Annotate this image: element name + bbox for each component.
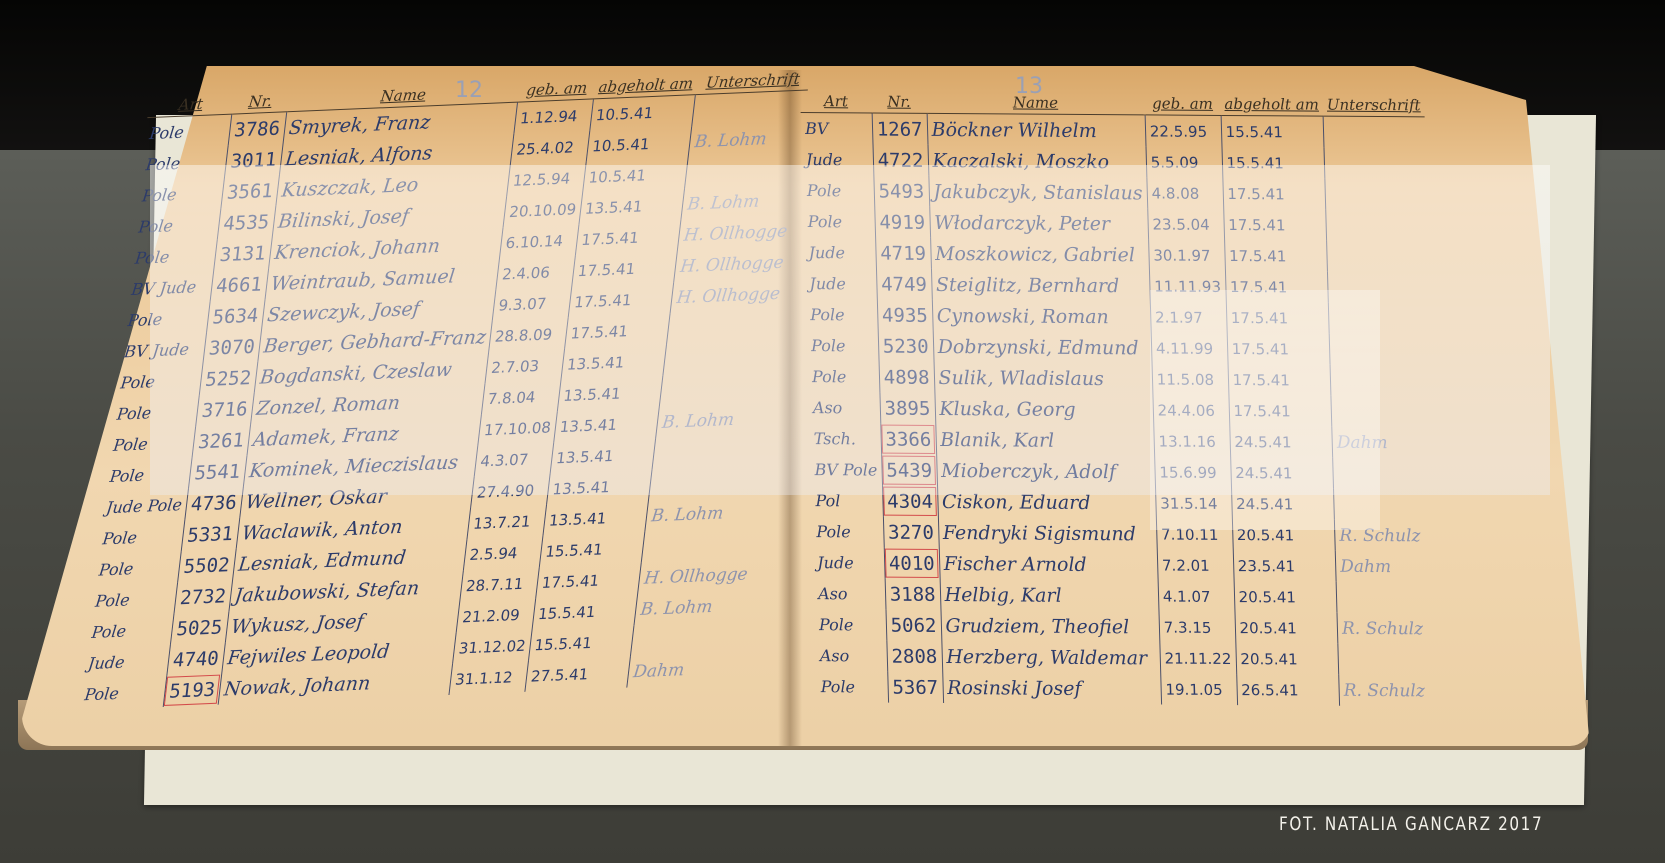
category-cell: Pole — [807, 330, 879, 362]
birth-date-cell: 4.3.07 — [474, 442, 553, 476]
name-cell: Kluska, Georg — [934, 393, 1153, 426]
pickup-date-cell: 17.5.41 — [1222, 178, 1325, 210]
register-row: Pole5367Rosinski Josef19.1.0526.5.41R. S… — [816, 671, 1441, 706]
category-cell: Pole — [93, 551, 181, 586]
category-cell: Aso — [814, 578, 886, 610]
birth-date-cell: 7.2.01 — [1157, 550, 1234, 582]
register-row: Aso3895Kluska, Georg24.4.0617.5.41 — [808, 392, 1433, 427]
birth-date-cell: 17.10.08 — [478, 411, 557, 445]
signature-cell — [1336, 582, 1439, 614]
category-cell: Pole — [140, 146, 228, 181]
pickup-date-cell: 24.5.41 — [1230, 457, 1333, 489]
name-cell: Dobrzynski, Edmund — [933, 331, 1152, 364]
prisoner-number-cell: 5367 — [887, 672, 943, 703]
pickup-date-cell: 24.5.41 — [1231, 488, 1334, 520]
prisoner-number-cell: 4535 — [217, 206, 275, 239]
pickup-date-cell: 26.5.41 — [1236, 674, 1339, 706]
birth-date-cell: 4.11.99 — [1151, 332, 1228, 364]
prisoner-number-cell: 5439 — [881, 455, 937, 486]
signature-cell: Dahm — [1332, 427, 1435, 459]
register-table-right: ArtNr.Namegeb. amabgeholt amUnterschrift… — [800, 90, 1441, 706]
category-cell: Jude Pole — [100, 489, 188, 524]
signature-cell: R. Schulz — [1337, 613, 1440, 645]
pickup-date-cell: 13.5.41 — [546, 469, 652, 504]
register-row: Pole5062Grudziem, Theofiel7.3.1520.5.41R… — [815, 609, 1440, 644]
prisoner-number-cell: 3261 — [192, 424, 250, 457]
prisoner-number-cell: 4740 — [167, 642, 225, 675]
register-row: Pole5493Jakubczyk, Stanislaus4.8.0817.5.… — [802, 175, 1427, 210]
category-cell: Pole — [86, 613, 174, 648]
birth-date-cell: 2.7.03 — [485, 349, 564, 383]
pickup-date-cell: 15.5.41 — [1222, 147, 1325, 179]
birth-date-cell: 13.7.21 — [467, 505, 546, 539]
signature-cell: R. Schulz — [1339, 675, 1442, 707]
signature-cell: B. Lohm — [645, 496, 760, 532]
category-cell: Jude — [813, 547, 885, 579]
signature-cell — [667, 309, 782, 345]
register-row: Jude4010Fischer Arnold7.2.0123.5.41Dahm — [813, 547, 1438, 582]
pickup-date-cell: 17.5.41 — [1225, 271, 1328, 303]
category-cell: Pole — [104, 458, 192, 493]
signature-cell — [1333, 458, 1436, 490]
name-cell: Ciskon, Eduard — [937, 486, 1156, 519]
pickup-date-cell: 13.5.41 — [550, 438, 656, 473]
signature-cell: R. Schulz — [1334, 520, 1437, 552]
prisoner-number-cell: 5252 — [199, 362, 257, 395]
pickup-date-cell: 15.5.41 — [528, 625, 634, 660]
category-cell: BV — [801, 113, 873, 145]
birth-date-cell: 11.5.08 — [1152, 363, 1229, 395]
pickup-date-cell: 17.5.41 — [1229, 395, 1332, 427]
birth-date-cell: 30.1.97 — [1148, 239, 1225, 271]
category-cell: Tsch. — [809, 423, 881, 455]
category-cell: Pole — [111, 395, 199, 430]
pickup-date-cell: 13.5.41 — [557, 376, 663, 411]
birth-date-cell: 11.11.93 — [1149, 270, 1226, 302]
category-cell: Pole — [97, 520, 185, 555]
prisoner-number-cell: 5634 — [206, 299, 264, 332]
signature-cell — [660, 371, 775, 407]
signature-cell: H. Ollhogge — [674, 246, 789, 282]
register-row: BV1267Böckner Wilhelm22.5.9515.5.41 — [801, 113, 1426, 149]
column-header: abgeholt am — [1220, 93, 1323, 116]
register-row: Jude4749Steiglitz, Bernhard11.11.9317.5.… — [805, 268, 1430, 303]
category-cell: Aso — [815, 640, 887, 672]
birth-date-cell: 25.4.02 — [510, 131, 589, 165]
prisoner-number-cell: 3070 — [203, 331, 261, 364]
category-cell: Pole — [144, 114, 232, 149]
signature-cell — [642, 527, 757, 563]
name-cell: Grudziem, Theofiel — [940, 610, 1159, 643]
pickup-date-cell: 20.5.41 — [1232, 519, 1335, 551]
category-cell: Pole — [90, 582, 178, 617]
prisoner-number-cell: 5502 — [177, 549, 235, 582]
category-cell: Pole — [79, 676, 167, 711]
signature-cell — [663, 340, 778, 376]
name-cell: Sulik, Wladislaus — [934, 362, 1153, 395]
signature-cell: Dahm — [1335, 551, 1438, 583]
prisoner-number-cell: 3716 — [196, 393, 254, 426]
category-cell: BV Jude — [126, 270, 214, 305]
prisoner-number-cell: 3011 — [224, 143, 282, 176]
signature-cell — [1327, 241, 1430, 273]
birth-date-cell: 7.3.15 — [1159, 612, 1236, 644]
column-header: Nr. — [871, 90, 926, 113]
birth-date-cell: 4.8.08 — [1147, 177, 1224, 209]
category-cell: Jude — [802, 144, 874, 176]
pickup-date-cell: 10.5.41 — [590, 95, 696, 131]
register-row: Aso3188Helbig, Karl4.1.0720.5.41 — [814, 578, 1439, 613]
category-cell: Pole — [129, 239, 217, 274]
prisoner-number-cell: 4010 — [884, 548, 940, 579]
prisoner-number-cell: 4722 — [873, 145, 929, 176]
birth-date-cell: 31.12.02 — [453, 629, 532, 663]
category-cell: Pole — [108, 426, 196, 461]
name-cell: Böckner Wilhelm — [927, 113, 1146, 146]
prisoner-number-cell: 3366 — [881, 424, 937, 455]
pickup-date-cell: 17.5.41 — [1223, 209, 1326, 241]
category-cell: BV Jude — [118, 333, 206, 368]
prisoner-number-cell: 5062 — [886, 610, 942, 641]
birth-date-cell: 7.10.11 — [1156, 518, 1233, 550]
birth-date-cell: 28.8.09 — [489, 318, 568, 352]
category-cell: BV Pole — [810, 454, 882, 486]
birth-date-cell: 5.5.09 — [1146, 146, 1223, 178]
column-header: geb. am — [518, 76, 596, 102]
pickup-date-cell: 20.5.41 — [1234, 581, 1337, 613]
birth-date-cell: 23.5.04 — [1148, 208, 1225, 240]
column-header: geb. am — [1144, 92, 1220, 115]
name-cell: Mioberczyk, Adolf — [936, 455, 1155, 488]
prisoner-number-cell: 4935 — [877, 300, 933, 331]
register-row: Aso2808Herzberg, Waldemar21.11.2220.5.41 — [815, 640, 1440, 675]
prisoner-number-cell: 3188 — [885, 579, 941, 610]
prisoner-number-cell: 3895 — [880, 393, 936, 424]
register-row: Pole4898Sulik, Wladislaus11.5.0817.5.41 — [808, 361, 1433, 396]
birth-date-cell: 28.7.11 — [460, 567, 539, 601]
prisoner-number-cell: 5230 — [878, 331, 934, 362]
name-cell: Jakubczyk, Stanislaus — [928, 176, 1147, 209]
signature-cell — [1326, 210, 1429, 242]
signature-cell — [1325, 179, 1428, 211]
birth-date-cell: 19.1.05 — [1161, 674, 1238, 706]
signature-cell: B. Lohm — [656, 402, 771, 438]
pickup-date-cell: 13.5.41 — [543, 500, 649, 535]
category-cell: Pole — [115, 364, 203, 399]
category-cell: Pole — [137, 177, 225, 212]
pickup-date-cell: 10.5.41 — [582, 158, 688, 193]
signature-cell: B. Lohm — [634, 589, 749, 625]
register-row: Pole4935Cynowski, Roman2.1.9717.5.41 — [806, 299, 1431, 334]
signature-cell — [1329, 334, 1432, 366]
pickup-date-cell: 15.5.41 — [539, 532, 645, 567]
name-cell: Helbig, Karl — [940, 579, 1159, 612]
category-cell: Pole — [815, 609, 887, 641]
prisoner-number-cell: 4736 — [185, 486, 243, 519]
birth-date-cell: 6.10.14 — [500, 224, 579, 258]
category-cell: Jude — [82, 645, 170, 680]
signature-cell: B. Lohm — [688, 122, 803, 158]
signature-cell — [685, 153, 800, 189]
pickup-date-cell: 24.5.41 — [1229, 426, 1332, 458]
birth-date-cell: 21.11.22 — [1160, 643, 1237, 675]
register-row: Jude4722Kaczalski, Moszko5.5.0915.5.41 — [802, 144, 1427, 179]
prisoner-number-cell: 4749 — [876, 269, 932, 300]
birth-date-cell: 15.6.99 — [1154, 456, 1231, 488]
category-cell: Pole — [806, 299, 878, 331]
category-cell: Pol — [811, 485, 883, 517]
birth-date-cell: 31.5.14 — [1155, 487, 1232, 519]
column-header: Unterschrift — [1323, 94, 1425, 117]
prisoner-number-cell: 4661 — [210, 268, 268, 301]
prisoner-number-cell: 3131 — [214, 237, 272, 270]
pickup-date-cell: 20.5.41 — [1235, 643, 1338, 675]
pickup-date-cell: 10.5.41 — [586, 126, 692, 161]
category-cell: Jude — [804, 237, 876, 269]
pickup-date-cell: 17.5.41 — [1228, 364, 1331, 396]
name-cell: Kaczalski, Moszko — [928, 145, 1147, 178]
birth-date-cell: 7.8.04 — [481, 380, 560, 414]
name-cell: Cynowski, Roman — [932, 300, 1151, 333]
pickup-date-cell: 13.5.41 — [554, 407, 660, 442]
category-cell: Pole — [808, 361, 880, 393]
register-row: Tsch.3366Blanik, Karl13.1.1624.5.41Dahm — [809, 423, 1434, 458]
birth-date-cell: 9.3.07 — [492, 287, 571, 321]
pickup-date-cell: 13.5.41 — [579, 189, 685, 224]
prisoner-number-cell: 3786 — [228, 112, 286, 146]
birth-date-cell: 13.1.16 — [1154, 425, 1231, 457]
register-row: BV Pole5439Mioberczyk, Adolf15.6.9924.5.… — [810, 454, 1435, 489]
name-cell: Fendryki Sigismund — [938, 517, 1157, 550]
prisoner-number-cell: 5541 — [188, 455, 246, 488]
pickup-date-cell: 17.5.41 — [568, 282, 674, 317]
signature-cell — [631, 620, 746, 656]
category-cell: Aso — [808, 392, 880, 424]
signature-cell — [1338, 644, 1441, 676]
register-row: Pole4919Włodarczyk, Peter23.5.0417.5.41 — [803, 206, 1428, 241]
name-cell: Rosinski Josef — [942, 672, 1161, 705]
prisoner-number-cell: 5493 — [874, 176, 930, 207]
pickup-date-cell: 17.5.41 — [536, 563, 642, 598]
name-cell: Blanik, Karl — [935, 424, 1154, 457]
category-cell: Pole — [133, 208, 221, 243]
prisoner-number-cell: 2808 — [887, 641, 943, 672]
column-header: Nr. — [232, 89, 289, 114]
category-cell: Pole — [802, 175, 874, 207]
category-cell: Jude — [805, 268, 877, 300]
signature-cell — [1330, 365, 1433, 397]
birth-date-cell: 31.1.12 — [449, 661, 528, 695]
prisoner-number-cell: 4898 — [879, 362, 935, 393]
prisoner-number-cell: 4919 — [874, 207, 930, 238]
register-row: Pol4304Ciskon, Eduard31.5.1424.5.41 — [811, 485, 1436, 520]
signature-cell: B. Lohm — [681, 184, 796, 220]
prisoner-number-cell: 2732 — [174, 580, 232, 613]
prisoner-number-cell: 1267 — [872, 113, 928, 145]
pickup-date-cell: 17.5.41 — [564, 313, 670, 348]
name-cell: Fischer Arnold — [939, 548, 1158, 581]
pickup-date-cell: 17.5.41 — [1224, 240, 1327, 272]
register-table-left: ArtNr.Namegeb. amabgeholt amUnterschrift… — [79, 67, 810, 710]
signature-cell — [1328, 303, 1431, 335]
pickup-date-cell: 20.5.41 — [1235, 612, 1338, 644]
pickup-date-cell: 17.5.41 — [1226, 302, 1329, 334]
pickup-date-cell: 17.5.41 — [1227, 333, 1330, 365]
birth-date-cell: 2.5.94 — [463, 536, 542, 570]
prisoner-number-cell: 4304 — [882, 486, 938, 517]
name-cell: Moszkowicz, Gabriel — [930, 238, 1149, 271]
prisoner-number-cell: 3270 — [883, 517, 939, 548]
prisoner-number-cell: 4719 — [875, 238, 931, 269]
birth-date-cell: 1.12.94 — [514, 99, 593, 134]
signature-cell — [1328, 272, 1431, 304]
birth-date-cell: 27.4.90 — [471, 474, 550, 508]
pickup-date-cell: 13.5.41 — [561, 345, 667, 380]
birth-date-cell: 22.5.95 — [1145, 115, 1222, 147]
column-header: Art — [800, 90, 872, 113]
prisoner-number-cell: 3561 — [221, 175, 279, 208]
birth-date-cell: 4.1.07 — [1158, 581, 1235, 613]
name-cell: Herzberg, Waldemar — [941, 641, 1160, 674]
register-row: Jude4719Moszkowicz, Gabriel30.1.9717.5.4… — [804, 237, 1429, 272]
birth-date-cell: 21.2.09 — [456, 598, 535, 632]
category-cell: Pole — [803, 206, 875, 238]
signature-cell — [1323, 116, 1426, 148]
name-cell: Steiglitz, Bernhard — [931, 269, 1150, 302]
pickup-date-cell: 15.5.41 — [1221, 115, 1324, 147]
birth-date-cell: 2.1.97 — [1150, 301, 1227, 333]
category-cell: Pole — [812, 516, 884, 548]
category-cell: Pole — [816, 671, 888, 703]
pickup-date-cell: 23.5.41 — [1233, 550, 1336, 582]
name-cell: Włodarczyk, Peter — [929, 207, 1148, 240]
signature-cell — [1324, 148, 1427, 180]
register-row: Pole5230Dobrzynski, Edmund4.11.9917.5.41 — [807, 330, 1432, 365]
prisoner-number-cell: 5025 — [170, 611, 228, 644]
category-cell: Pole — [122, 302, 210, 337]
signature-cell: Dahm — [627, 652, 742, 688]
register-row: Pole3270Fendryki Sigismund7.10.1120.5.41… — [812, 516, 1437, 551]
birth-date-cell: 12.5.94 — [507, 162, 586, 196]
signature-cell: H. Ollhogge — [638, 558, 753, 594]
signature-cell — [692, 90, 808, 126]
pickup-date-cell: 17.5.41 — [575, 220, 681, 255]
birth-date-cell: 2.4.06 — [496, 255, 575, 289]
signature-cell — [652, 433, 767, 469]
birth-date-cell: 24.4.06 — [1153, 394, 1230, 426]
birth-date-cell: 20.10.09 — [503, 193, 582, 227]
signature-cell: H. Ollhogge — [670, 278, 785, 314]
signature-cell — [1334, 489, 1437, 521]
pickup-date-cell: 15.5.41 — [532, 594, 638, 629]
photo-credit: FOT. NATALIA GANCARZ 2017 — [1279, 813, 1543, 835]
prisoner-number-cell: 5331 — [181, 518, 239, 551]
pickup-date-cell: 27.5.41 — [525, 656, 631, 691]
signature-cell — [1331, 396, 1434, 428]
signature-cell — [649, 465, 764, 501]
signature-cell: H. Ollhogge — [678, 215, 793, 251]
pickup-date-cell: 17.5.41 — [572, 251, 678, 286]
column-header: Name — [926, 91, 1145, 115]
prisoner-number-cell: 5193 — [163, 674, 221, 707]
